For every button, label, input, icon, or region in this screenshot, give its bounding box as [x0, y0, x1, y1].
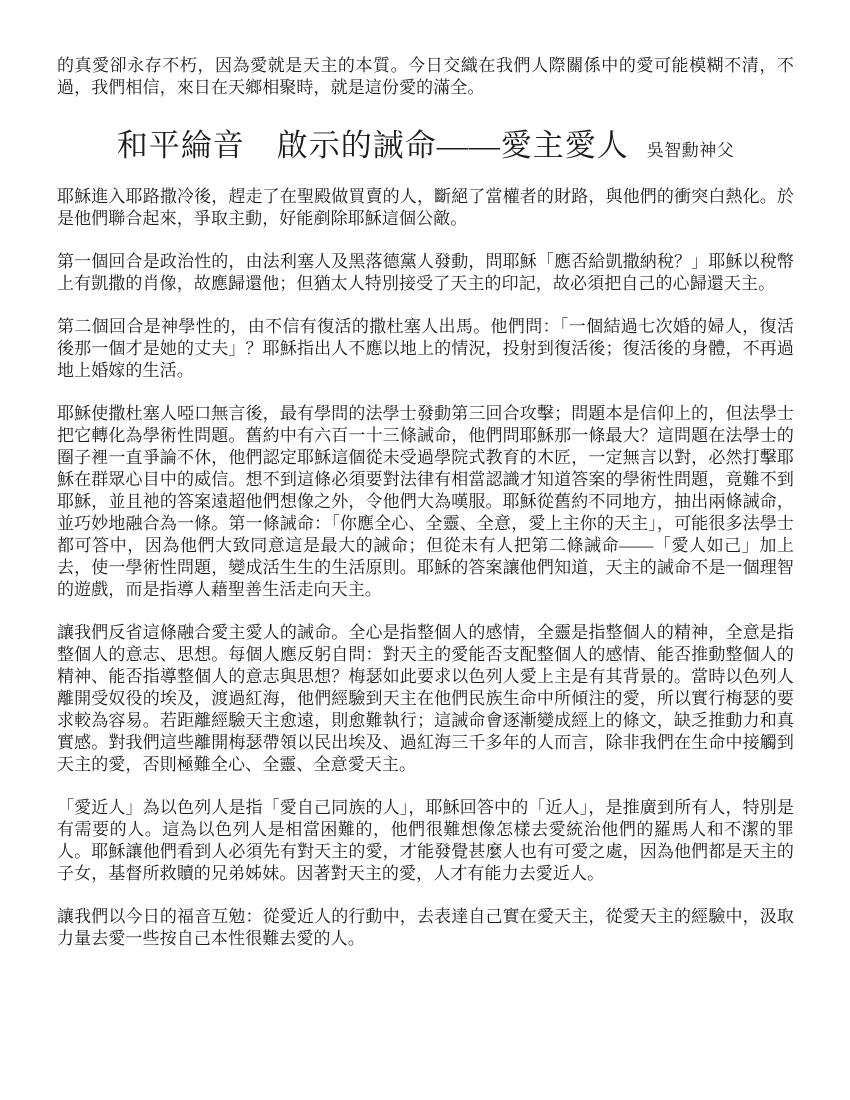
paragraph-love-neighbour: 「愛近人」為以色列人是指「愛自己同族的人」，耶穌回答中的「近人」，是推廣到所有人… [57, 797, 794, 885]
article-title-row: 和平綸音 啟示的誡命——愛主愛人 吳智勳神父 [57, 120, 794, 165]
paragraph-round-three-greatest-commandment: 耶穌使撒杜塞人啞口無言後，最有學問的法學士發動第三回合攻擊；問題本是信仰上的，但… [57, 403, 794, 601]
paragraph-reflection-love-god: 讓我們反省這條融合愛主愛人的誡命。全心是指整個人的感情，全靈是指整個人的精神，全… [57, 622, 794, 776]
intro-continuation-paragraph: 的真愛卻永存不朽，因為愛就是天主的本質。今日交織在我們人際關係中的愛可能模糊不清… [57, 55, 794, 99]
article-title: 和平綸音 啟示的誡命——愛主愛人 [117, 128, 629, 163]
paragraph-jerusalem-entry: 耶穌進入耶路撒冷後，趕走了在聖殿做買賣的人，斷絕了當權者的財路，與他們的衝突白熱… [57, 186, 794, 230]
paragraph-round-two-theological: 第二個回合是神學性的，由不信有復活的撒杜塞人出馬。他們問：「一個結過七次婚的婦人… [57, 316, 794, 382]
article-author: 吳智勳神父 [647, 141, 735, 160]
paragraph-closing-exhortation: 讓我們以今日的福音互勉：從愛近人的行動中，去表達自己實在愛天主，從愛天主的經驗中… [57, 906, 794, 950]
paragraph-round-one-political: 第一個回合是政治性的，由法利塞人及黑落德黨人發動，問耶穌「應否給凱撒納稅？」耶穌… [57, 251, 794, 295]
document-page: 的真愛卻永存不朽，因為愛就是天主的本質。今日交織在我們人際關係中的愛可能模糊不清… [0, 0, 850, 1100]
